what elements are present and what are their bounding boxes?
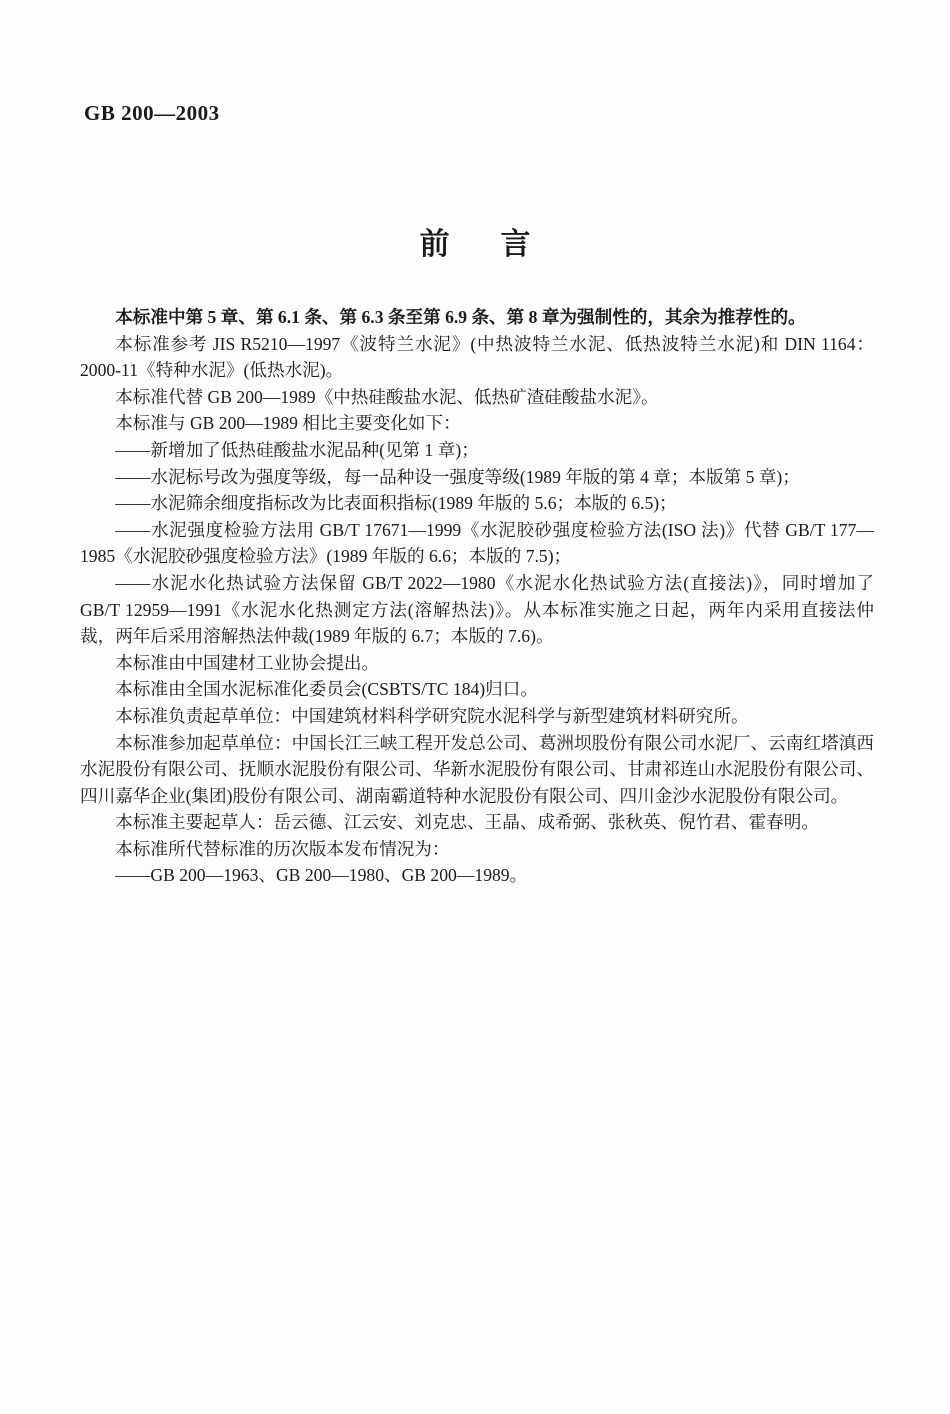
paragraph-changes-intro: 本标准与 GB 200—1989 相比主要变化如下： xyxy=(80,410,874,437)
paragraph-under-jurisdiction: 本标准由全国水泥标准化委员会(CSBTS/TC 184)归口。 xyxy=(80,676,874,703)
change-item-strength-grade: ——水泥标号改为强度等级，每一品种设一强度等级(1989 年版的第 4 章；本版… xyxy=(80,464,874,491)
paragraph-main-drafters: 本标准主要起草人：岳云德、江云安、刘克忠、王晶、成希弼、张秋英、倪竹君、霍春明。 xyxy=(80,809,874,836)
change-item-fineness-index: ——水泥筛余细度指标改为比表面积指标(1989 年版的 5.6；本版的 6.5)… xyxy=(80,490,874,517)
paragraph-proposed-by: 本标准由中国建材工业协会提出。 xyxy=(80,650,874,677)
change-item-hydration-heat-method: ——水泥水化热试验方法保留 GB/T 2022—1980《水泥水化热试验方法(直… xyxy=(80,570,874,650)
paragraph-previous-editions-list: ——GB 200—1963、GB 200—1980、GB 200—1989。 xyxy=(80,862,874,889)
paragraph-reference-standards: 本标准参考 JIS R5210—1997《波特兰水泥》(中热波特兰水泥、低热波特… xyxy=(80,331,874,384)
paragraph-compulsory-clauses: 本标准中第 5 章、第 6.1 条、第 6.3 条至第 6.9 条、第 8 章为… xyxy=(80,304,874,331)
change-item-new-cement-type: ——新增加了低热硅酸盐水泥品种(见第 1 章)； xyxy=(80,437,874,464)
paragraph-replaces: 本标准代替 GB 200—1989《中热硅酸盐水泥、低热矿渣硅酸盐水泥》。 xyxy=(80,384,874,411)
paragraph-previous-editions-intro: 本标准所代替标准的历次版本发布情况为： xyxy=(80,836,874,863)
paragraph-chief-drafting-unit: 本标准负责起草单位：中国建筑材料科学研究院水泥科学与新型建筑材料研究所。 xyxy=(80,703,874,730)
paragraph-participating-units: 本标准参加起草单位：中国长江三峡工程开发总公司、葛洲坝股份有限公司水泥厂、云南红… xyxy=(80,730,874,810)
document-page: GB 200—2003 前言 本标准中第 5 章、第 6.1 条、第 6.3 条… xyxy=(0,0,950,1414)
document-body: 本标准中第 5 章、第 6.1 条、第 6.3 条至第 6.9 条、第 8 章为… xyxy=(80,304,874,889)
page-title: 前言 xyxy=(0,219,950,263)
doc-number: GB 200—2003 xyxy=(84,101,220,126)
change-item-strength-test-method: ——水泥强度检验方法用 GB/T 17671—1999《水泥胶砂强度检验方法(I… xyxy=(80,517,874,570)
